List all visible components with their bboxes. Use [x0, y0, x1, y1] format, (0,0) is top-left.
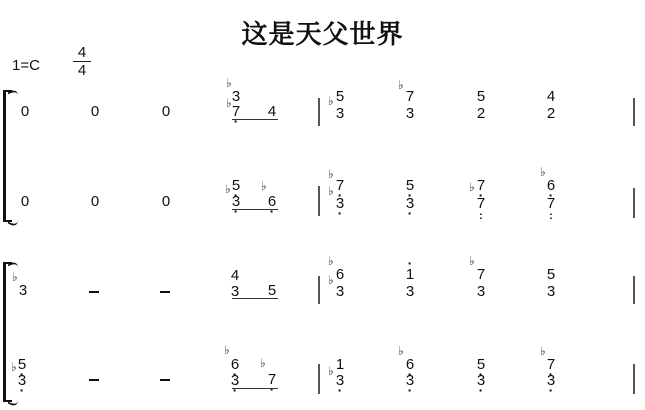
- note-rest: 0: [159, 104, 173, 119]
- note: 3: [474, 284, 488, 299]
- sustain-dash: [89, 379, 99, 381]
- note-rest: 0: [88, 104, 102, 119]
- flat-icon: ♭: [469, 254, 475, 268]
- note: 2: [474, 106, 488, 121]
- flat-icon: ♭: [540, 165, 546, 179]
- note: 5: [474, 89, 488, 104]
- note: 7: [265, 372, 279, 387]
- note: 6: [544, 178, 558, 193]
- note: 4: [544, 89, 558, 104]
- time-numerator: 4: [74, 44, 90, 61]
- flat-icon: ♭: [12, 270, 18, 284]
- barline: [318, 364, 320, 394]
- note: 2: [544, 106, 558, 121]
- note: 5: [15, 357, 29, 372]
- flat-icon: ♭: [260, 356, 266, 370]
- note: 3: [403, 196, 417, 211]
- time-denominator: 4: [74, 62, 90, 79]
- barline: [318, 98, 320, 126]
- flat-icon: ♭: [328, 254, 334, 268]
- note: 5: [474, 357, 488, 372]
- note-rest: 0: [159, 194, 173, 209]
- note: 7: [544, 196, 558, 211]
- note: 5: [265, 283, 279, 298]
- barline-end: [633, 188, 635, 218]
- note: 7: [333, 178, 347, 193]
- time-signature: 4 4: [74, 44, 90, 79]
- note: 3: [403, 373, 417, 388]
- note: 6: [403, 357, 417, 372]
- note: 5: [333, 89, 347, 104]
- note: 3: [229, 194, 243, 209]
- eighth-beam: [232, 209, 278, 210]
- note: 3: [544, 373, 558, 388]
- flat-icon: ♭: [398, 344, 404, 358]
- note: 5: [229, 178, 243, 193]
- barline-end: [633, 98, 635, 126]
- sustain-dash: [160, 291, 170, 293]
- note: 1: [333, 357, 347, 372]
- system-2-bracket: [3, 262, 12, 402]
- barline: [318, 186, 320, 216]
- note: 7: [474, 267, 488, 282]
- sustain-dash: [160, 379, 170, 381]
- note: 6: [228, 357, 242, 372]
- eighth-beam: [232, 298, 278, 299]
- note: 6: [265, 194, 279, 209]
- note: 3: [333, 373, 347, 388]
- note: 1: [403, 267, 417, 282]
- note: 4: [228, 268, 242, 283]
- sustain-dash: [89, 291, 99, 293]
- note: 5: [403, 178, 417, 193]
- note: 7: [474, 196, 488, 211]
- note: 3: [333, 284, 347, 299]
- flat-icon: ♭: [224, 343, 230, 357]
- flat-icon: ♭: [226, 76, 232, 90]
- note: 3: [15, 373, 29, 388]
- barline: [318, 276, 320, 304]
- barline-end: [633, 364, 635, 394]
- note: 6: [333, 267, 347, 282]
- eighth-beam: [232, 119, 278, 120]
- note: 3: [403, 106, 417, 121]
- note-rest: 0: [18, 194, 32, 209]
- note: 5: [544, 267, 558, 282]
- note: 7: [403, 89, 417, 104]
- note-rest: 0: [18, 104, 32, 119]
- flat-icon: ♭: [261, 179, 267, 193]
- note: 7: [544, 357, 558, 372]
- note: 3: [333, 196, 347, 211]
- note: 7: [474, 178, 488, 193]
- flat-icon: ♭: [540, 344, 546, 358]
- note: 4: [265, 104, 279, 119]
- system-1-bracket: [3, 90, 12, 222]
- note: 3: [16, 283, 30, 298]
- note: 3: [333, 106, 347, 121]
- note: 7: [229, 104, 243, 119]
- song-title: 这是天父世界: [0, 14, 645, 51]
- note: 3: [474, 373, 488, 388]
- note: 3: [228, 284, 242, 299]
- eighth-beam: [232, 388, 278, 389]
- note: 3: [544, 284, 558, 299]
- key-signature: 1=C: [12, 57, 40, 74]
- note: 3: [228, 373, 242, 388]
- note: 3: [403, 284, 417, 299]
- note-rest: 0: [88, 194, 102, 209]
- barline-end: [633, 276, 635, 304]
